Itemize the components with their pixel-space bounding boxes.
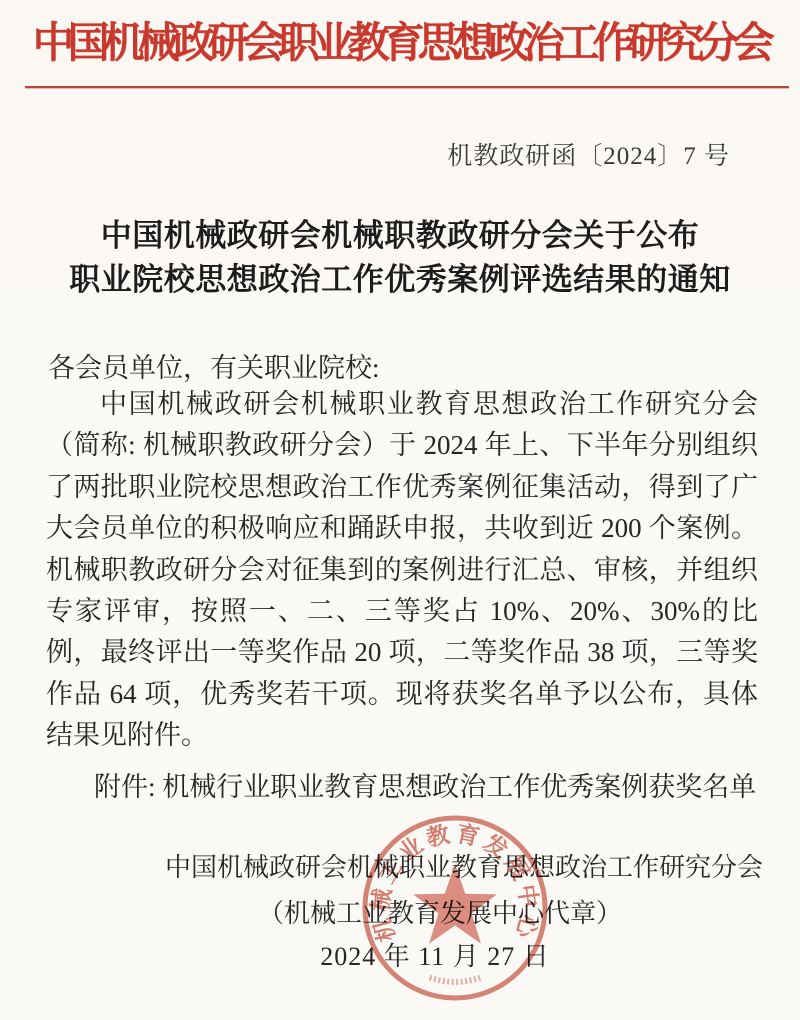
seal-serial-marks xyxy=(430,978,481,982)
letterhead-org-title: 中国机械政研会职业教育思想政治工作研究分会 xyxy=(0,10,800,70)
attachment-line: 附件: 机械行业职业教育思想政治工作优秀案例获奖名单 xyxy=(94,765,756,804)
notice-title-line1: 中国机械政研会机械职教政研分会关于公布 xyxy=(0,210,800,255)
signature-org-name: 中国机械政研会机械职业教育思想政治工作研究分会 xyxy=(128,847,800,884)
signature-proxy-note: （机械工业教育发展中心代章） xyxy=(80,893,800,930)
body-paragraph: 中国机械政研会机械职业教育思想政治工作研究分会（简称: 机械职教政研分会）于 2… xyxy=(46,384,758,757)
letterhead-divider-rule xyxy=(25,86,789,88)
document-date: 2024 年 11 月 27 日 xyxy=(70,936,800,973)
salutation: 各会员单位，有关职业院校: xyxy=(48,346,380,385)
notice-title-line2: 职业院校思想政治工作优秀案例评选结果的通知 xyxy=(0,254,800,299)
scanned-notice-page: 中国机械政研会职业教育思想政治工作研究分会 机教政研函〔2024〕7 号 中国机… xyxy=(0,0,800,1020)
document-number: 机教政研函〔2024〕7 号 xyxy=(0,136,730,172)
